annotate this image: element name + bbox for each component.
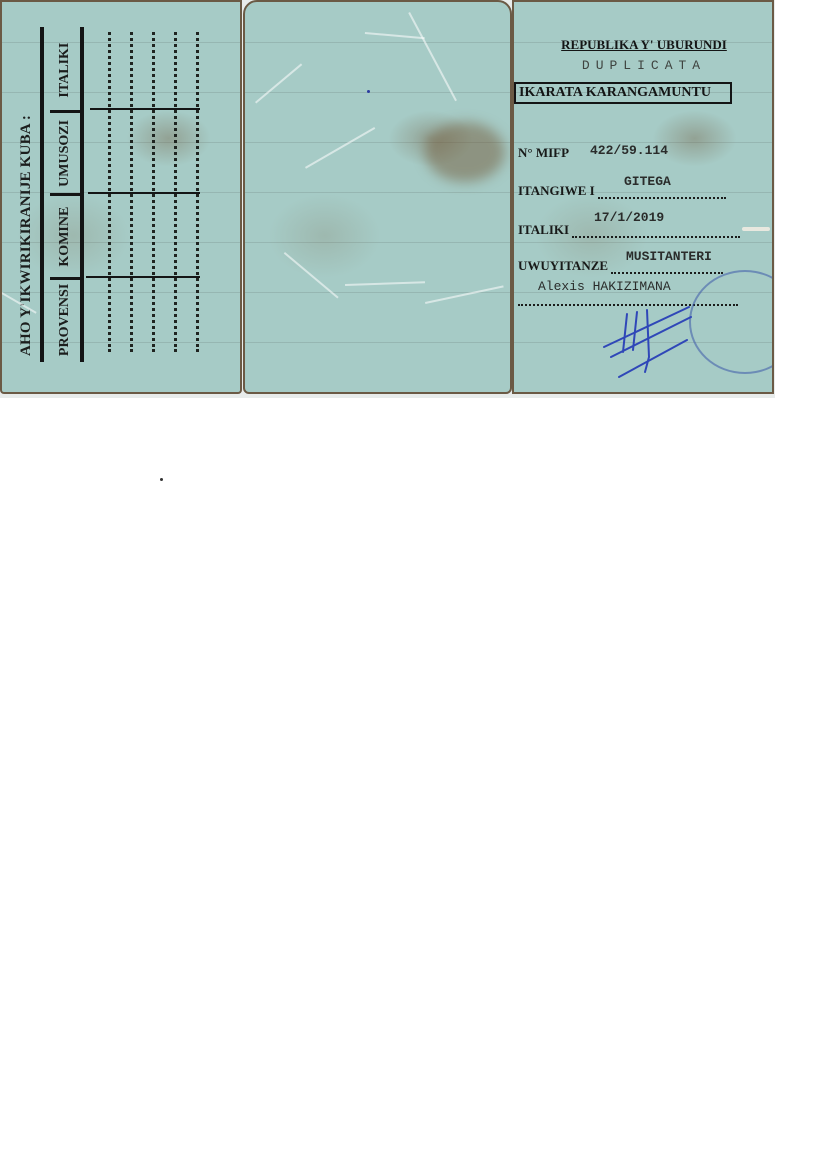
- signature-icon: [599, 302, 699, 382]
- duplicate-stamp: DUPLICATA: [524, 58, 764, 73]
- column-divider: [86, 276, 200, 278]
- crease-mark: [365, 32, 425, 39]
- panel-residence-changes: AHO Y'IKWIRIKIRANIJE KUBA : PROVENSI KOM…: [0, 0, 242, 394]
- column-header-umusozi: UMUSOZI: [50, 110, 80, 193]
- dotted-line: [572, 236, 740, 238]
- ink-dot: [367, 90, 370, 93]
- crease-mark: [305, 127, 375, 169]
- stain: [425, 122, 505, 182]
- field-issued-at: ITANGIWE I: [518, 183, 726, 199]
- column-header-komine: KOMINE: [50, 194, 80, 277]
- crease-mark: [255, 63, 302, 103]
- panel-blank-cover: [243, 0, 512, 394]
- column-divider: [90, 108, 200, 110]
- table-rule-top: [40, 27, 44, 362]
- field-issuer-title: MUSITANTERI: [626, 249, 712, 264]
- crease-mark: [408, 12, 457, 101]
- column-divider: [88, 192, 200, 194]
- scanned-card: AHO Y'IKWIRIKIRANIJE KUBA : PROVENSI KOM…: [0, 0, 775, 398]
- field-number-value: 422/59.114: [590, 143, 668, 158]
- scan-dust: [160, 478, 163, 481]
- dotted-line: [598, 197, 726, 199]
- crease-mark: [425, 285, 504, 304]
- table-rule-header: [80, 27, 84, 362]
- field-date-label: ITALIKI: [518, 222, 569, 237]
- country-title: REPUBLIKA Y' UBURUNDI: [524, 37, 764, 53]
- dotted-line: [611, 272, 723, 274]
- field-date-value: 17/1/2019: [594, 210, 664, 225]
- panel-identity-card-front: REPUBLIKA Y' UBURUNDI DUPLICATA IKARATA …: [512, 0, 774, 394]
- card-title: IKARATA KARANGAMUNTU: [514, 82, 732, 104]
- column-header-provensi: PROVENSI: [50, 277, 80, 360]
- residence-table-title: AHO Y'IKWIRIKIRANIJE KUBA :: [18, 115, 35, 356]
- crease-mark: [742, 227, 770, 231]
- column-header-italiki: ITALIKI: [50, 30, 80, 110]
- field-number-label: N° MIFP: [518, 145, 569, 160]
- field-issuer-label: UWUYITANZE: [518, 258, 608, 273]
- crease-mark: [284, 252, 339, 299]
- residence-table-headers: PROVENSI KOMINE UMUSOZI ITALIKI: [50, 30, 80, 360]
- official-stamp: [689, 270, 774, 374]
- crease-mark: [345, 281, 425, 286]
- field-number: N° MIFP: [518, 145, 569, 161]
- field-issued-at-label: ITANGIWE I: [518, 183, 595, 198]
- field-issued-at-value: GITEGA: [624, 174, 671, 189]
- field-issuer-name: Alexis HAKIZIMANA: [538, 279, 671, 294]
